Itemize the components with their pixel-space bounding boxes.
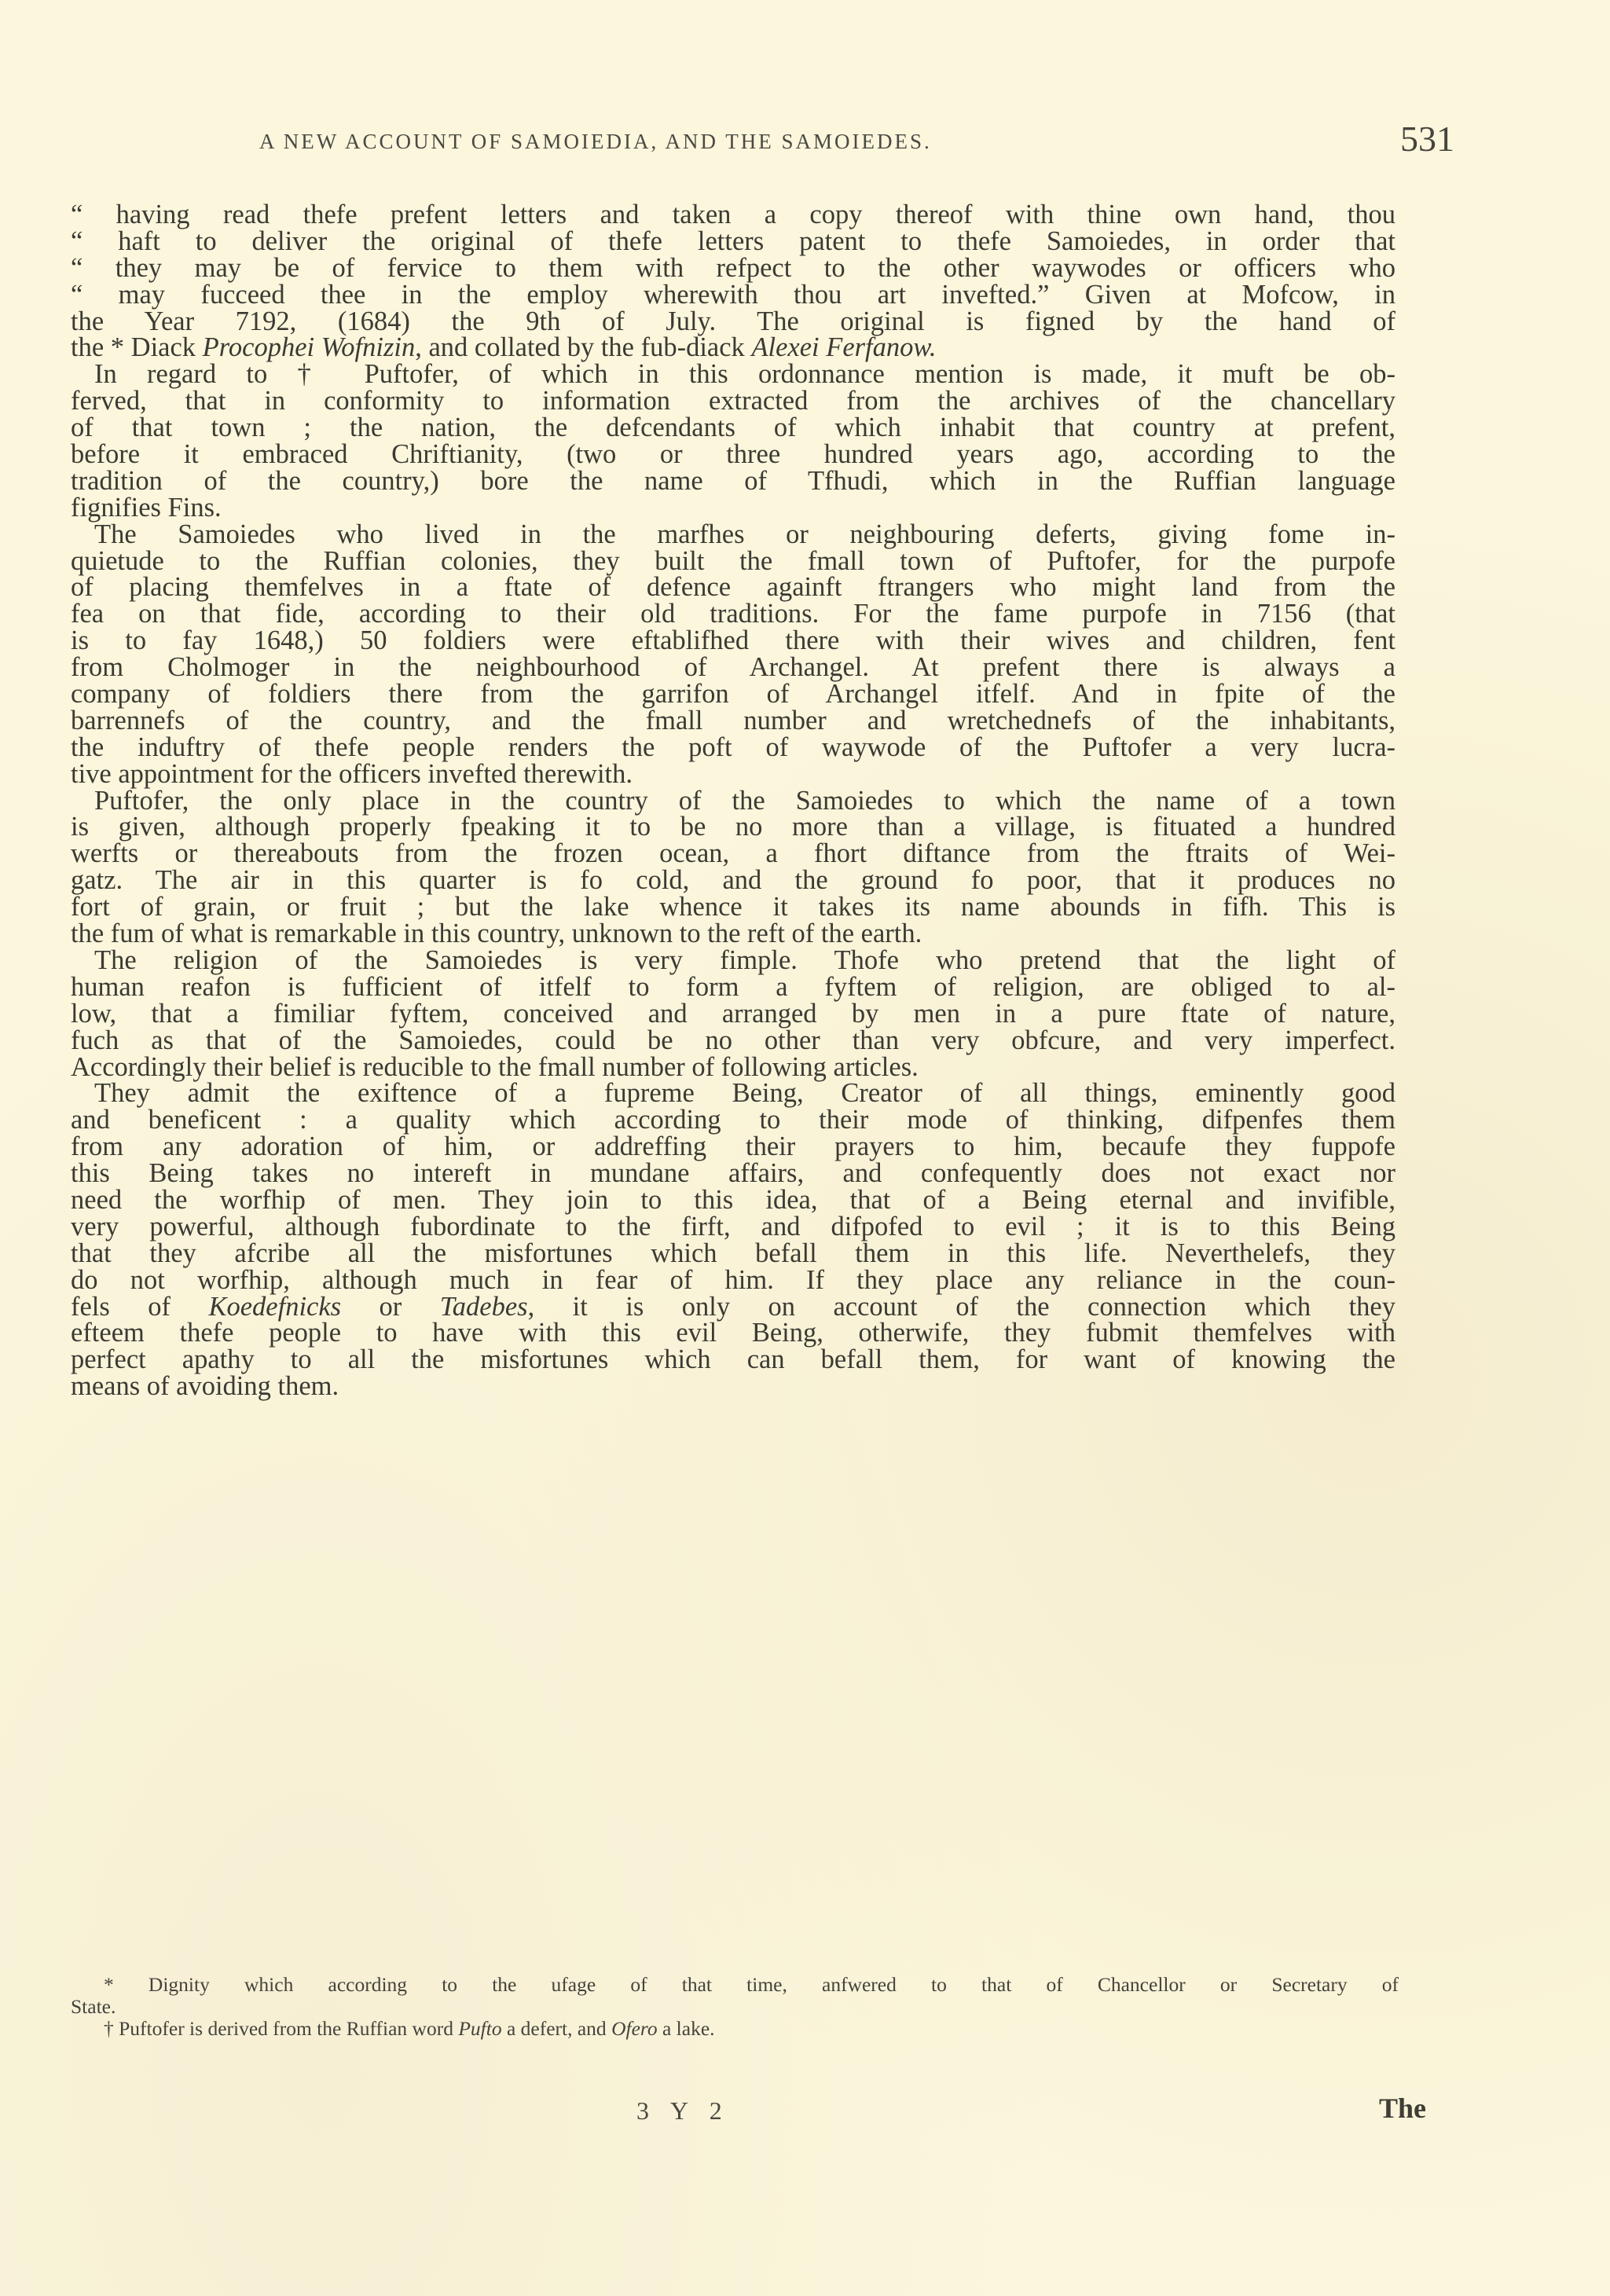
text-run: “ having read thefe prefent letters and … (71, 200, 1395, 229)
text-run: “ they may be of fervice to them with re… (71, 253, 1395, 283)
body-line: “ having read thefe prefent letters and … (71, 202, 1395, 229)
body-text: “ having read thefe prefent letters and … (71, 202, 1395, 1400)
body-line: fuch as that of the Samoiedes, could be … (71, 1028, 1395, 1054)
italic-text: Tadebes (440, 1292, 528, 1322)
text-run: need the worfhip of men. They join to th… (71, 1185, 1395, 1215)
italic-text: Alexei Ferfanow. (751, 332, 936, 362)
body-line: fort of grain, or fruit ; but the lake w… (71, 894, 1395, 921)
body-line: is given, although properly fpeaking it … (71, 814, 1395, 841)
body-line: means of avoiding them. (71, 1374, 1395, 1400)
body-line: quietude to the Ruffian colonies, they b… (71, 548, 1395, 575)
footnotes: * Dignity which according to the ufage o… (71, 1974, 1399, 2040)
body-line: werfts or thereabouts from the frozen oc… (71, 841, 1395, 867)
text-run: “ haft to deliver the original of thefe … (71, 226, 1395, 256)
text-run: The religion of the Samoiedes is very fi… (94, 945, 1395, 975)
body-line: “ may fucceed thee in the employ wherewi… (71, 282, 1395, 309)
body-line: and beneficent : a quality which accordi… (71, 1107, 1395, 1134)
italic-text: Koedefnicks (208, 1292, 341, 1322)
text-run: barrennefs of the country, and the fmall… (71, 706, 1395, 735)
book-page: A New Account of Samoiedia, and the Samo… (0, 0, 1610, 2296)
text-run: the induftry of thefe people renders the… (71, 732, 1395, 762)
body-line: the * Diack Procophei Wofnizin, and coll… (71, 335, 1395, 361)
body-line: do not worfhip, although much in fear of… (71, 1267, 1395, 1294)
italic-text: Procophei Wofnizin (203, 332, 416, 362)
body-line: They admit the exiftence of a fupreme Be… (71, 1080, 1395, 1107)
body-line: human reafon is fufficient of itfelf to … (71, 974, 1395, 1001)
body-line: fea on that fide, according to their old… (71, 601, 1395, 628)
text-run: fea on that fide, according to their old… (71, 599, 1395, 629)
text-run: efteem thefe people to have with this ev… (71, 1318, 1395, 1348)
text-run: The Samoiedes who lived in the marfhes o… (94, 519, 1395, 549)
body-line: fignifies Fins. (71, 495, 1395, 522)
body-line: the fum of what is remarkable in this co… (71, 921, 1395, 948)
body-line: very powerful, although fubordinate to t… (71, 1214, 1395, 1241)
body-line: tive appointment for the officers inveft… (71, 761, 1395, 788)
text-run: perfect apathy to all the misfortunes wh… (71, 1344, 1395, 1374)
text-run: before it embraced Chriftianity, (two or… (71, 439, 1395, 469)
text-run: Accordingly their belief is reducible to… (71, 1052, 919, 1082)
text-run: a lake. (658, 2017, 715, 2040)
body-line: the Year 7192, (1684) the 9th of July. T… (71, 309, 1395, 336)
text-run: fignifies Fins. (71, 493, 222, 523)
text-run: fuch as that of the Samoiedes, could be … (71, 1025, 1395, 1055)
body-line: efteem thefe people to have with this ev… (71, 1320, 1395, 1347)
text-run: State. (71, 1995, 116, 2018)
footnote-line: * Dignity which according to the ufage o… (71, 1974, 1399, 1996)
text-run: of that town ; the nation, the defcendan… (71, 413, 1395, 442)
text-run: and beneficent : a quality which accordi… (71, 1105, 1395, 1135)
body-line: is to fay 1648,) 50 foldiers were eftabl… (71, 628, 1395, 655)
body-line: barrennefs of the country, and the fmall… (71, 708, 1395, 735)
text-run: “ may fucceed thee in the employ wherewi… (71, 280, 1395, 310)
body-line: perfect apathy to all the misfortunes wh… (71, 1347, 1395, 1374)
text-run: is to fay 1648,) 50 foldiers were eftabl… (71, 625, 1395, 655)
text-run: werfts or thereabouts from the frozen oc… (71, 838, 1395, 868)
body-line: gatz. The air in this quarter is fo cold… (71, 867, 1395, 894)
body-line: ferved, that in conformity to informatio… (71, 388, 1395, 415)
text-run: low, that a fimiliar fyftem, conceived a… (71, 999, 1395, 1029)
text-run: ferved, that in conformity to informatio… (71, 386, 1395, 416)
text-run: do not worfhip, although much in fear of… (71, 1265, 1395, 1295)
body-line: before it embraced Chriftianity, (two or… (71, 442, 1395, 468)
text-run: tive appointment for the officers inveft… (71, 759, 633, 789)
text-run: human reafon is fufficient of itfelf to … (71, 972, 1395, 1002)
italic-text: Ofero (611, 2017, 658, 2040)
text-run: In regard to † Puftofer, of which in thi… (94, 359, 1395, 389)
body-line: from Cholmoger in the neighbourhood of A… (71, 655, 1395, 681)
body-line: need the worfhip of men. They join to th… (71, 1187, 1395, 1214)
text-run: is given, although properly fpeaking it … (71, 812, 1395, 842)
body-line: Accordingly their belief is reducible to… (71, 1054, 1395, 1081)
catchword: The (1379, 2092, 1426, 2125)
body-line: low, that a fimiliar fyftem, conceived a… (71, 1001, 1395, 1028)
text-run: that they afcribe all the misfortunes wh… (71, 1238, 1395, 1268)
text-run: means of avoiding them. (71, 1371, 339, 1401)
text-run: this Being takes no intereft in mundane … (71, 1158, 1395, 1188)
text-run: † Puftofer is derived from the Ruffian w… (104, 2017, 458, 2040)
text-run: from Cholmoger in the neighbourhood of A… (71, 652, 1395, 682)
italic-text: Pufto (458, 2017, 501, 2040)
body-line: of placing themfelves in a ftate of defe… (71, 574, 1395, 601)
body-line: that they afcribe all the misfortunes wh… (71, 1241, 1395, 1267)
page-number: 531 (1400, 118, 1454, 160)
body-line: The religion of the Samoiedes is very fi… (71, 948, 1395, 974)
body-line: company of foldiers there from the garri… (71, 681, 1395, 708)
text-run: , and collated by the fub-diack (415, 332, 751, 362)
body-line: this Being takes no intereft in mundane … (71, 1161, 1395, 1187)
text-run: the fum of what is remarkable in this co… (71, 919, 922, 948)
body-line: “ they may be of fervice to them with re… (71, 255, 1395, 282)
text-run: quietude to the Ruffian colonies, they b… (71, 546, 1395, 576)
text-run: very powerful, although fubordinate to t… (71, 1212, 1395, 1242)
text-run: Puftofer, the only place in the country … (94, 786, 1395, 816)
text-run: fort of grain, or fruit ; but the lake w… (71, 892, 1395, 922)
text-run: gatz. The air in this quarter is fo cold… (71, 865, 1395, 895)
footnote-line: † Puftofer is derived from the Ruffian w… (71, 2018, 1399, 2040)
text-run: of placing themfelves in a ftate of defe… (71, 572, 1395, 602)
footnote-line: State. (71, 1996, 1399, 2018)
text-run: or (341, 1292, 440, 1322)
body-line: fels of Koedefnicks or Tadebes, it is on… (71, 1294, 1395, 1321)
text-run: They admit the exiftence of a fupreme Be… (94, 1078, 1395, 1108)
body-line: The Samoiedes who lived in the marfhes o… (71, 522, 1395, 548)
body-line: “ haft to deliver the original of thefe … (71, 229, 1395, 255)
text-run: the * Diack (71, 332, 203, 362)
text-run: tradition of the country,) bore the name… (71, 466, 1395, 496)
body-line: the induftry of thefe people renders the… (71, 735, 1395, 761)
text-run: from any adoration of him, or addreffing… (71, 1131, 1395, 1161)
text-run: the Year 7192, (1684) the 9th of July. T… (71, 306, 1395, 336)
body-line: Puftofer, the only place in the country … (71, 788, 1395, 815)
text-run: * Dignity which according to the ufage o… (104, 1973, 1399, 1996)
text-run: company of foldiers there from the garri… (71, 679, 1395, 709)
body-line: In regard to † Puftofer, of which in thi… (71, 361, 1395, 388)
printer-signature-mark: 3 Y 2 (636, 2096, 730, 2125)
body-line: of that town ; the nation, the defcendan… (71, 415, 1395, 442)
text-run: a defert, and (502, 2017, 611, 2040)
body-line: from any adoration of him, or addreffing… (71, 1134, 1395, 1161)
text-run: fels of (71, 1292, 208, 1322)
body-line: tradition of the country,) bore the name… (71, 468, 1395, 495)
running-head: A New Account of Samoiedia, and the Samo… (259, 130, 1344, 154)
text-run: , it is only on account of the connectio… (528, 1292, 1395, 1322)
